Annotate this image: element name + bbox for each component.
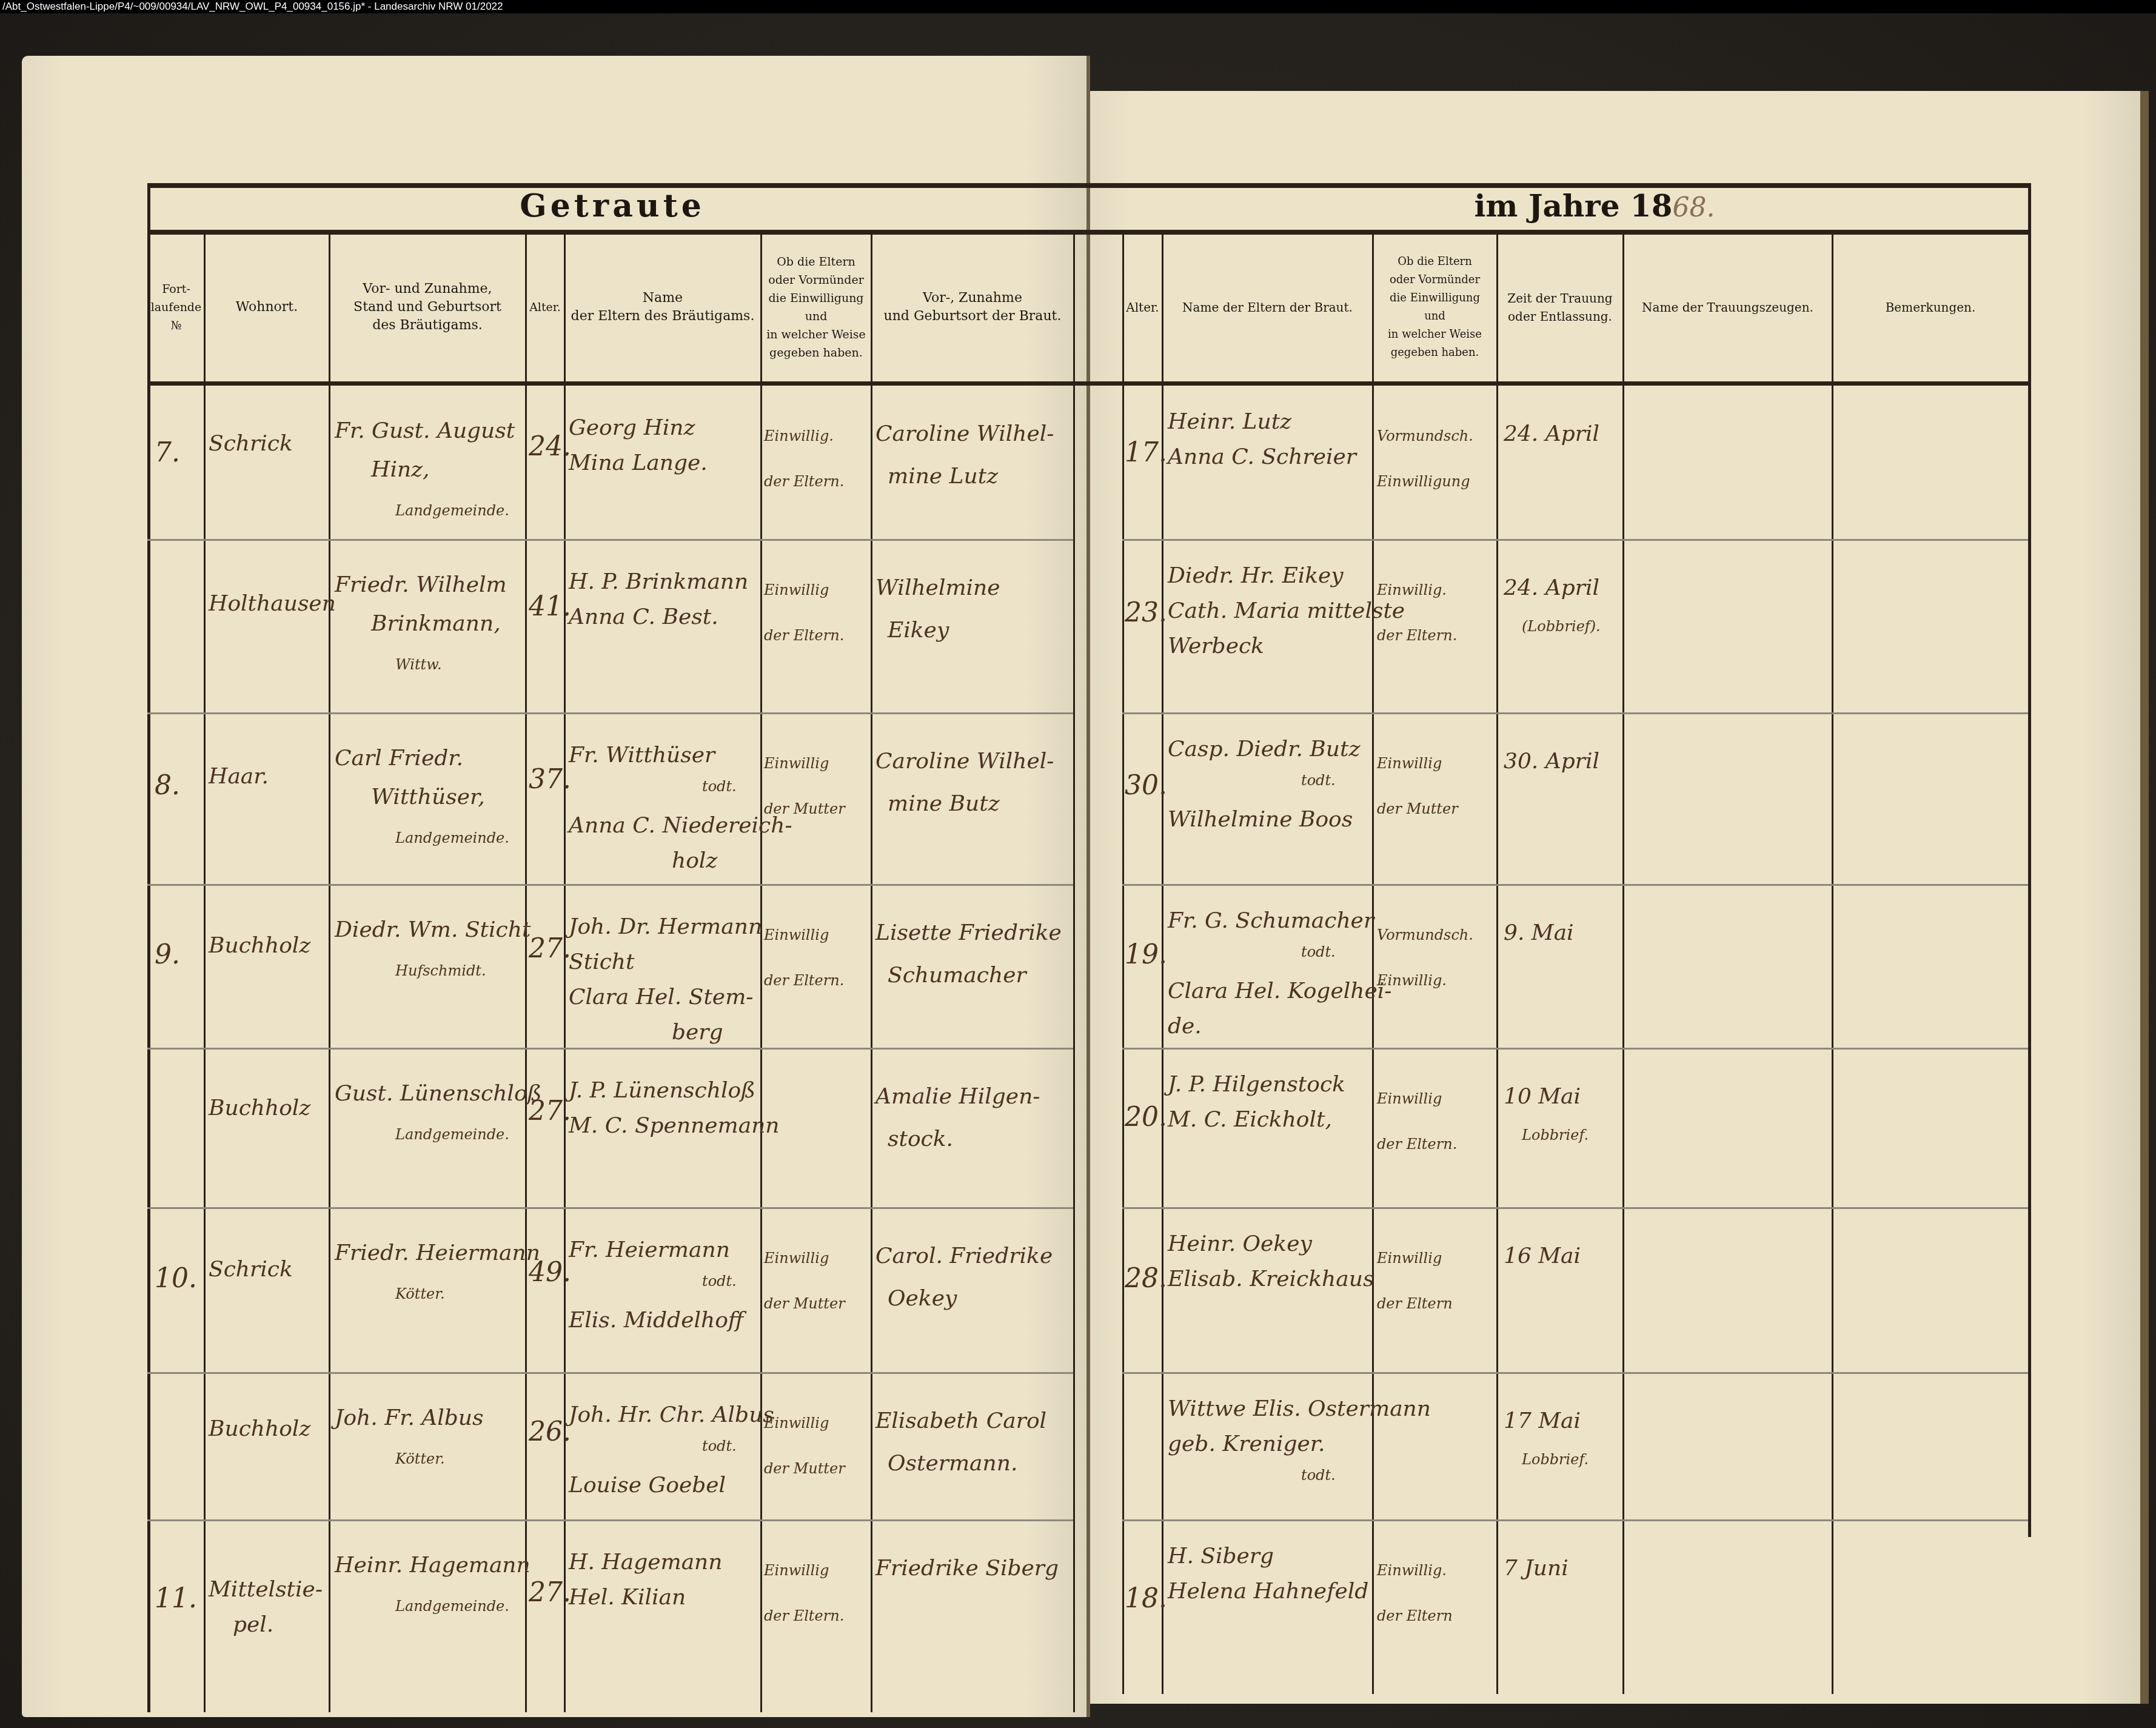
bride-parents: Wilhelmine Boos	[1168, 807, 1353, 832]
groom-status: Kötter.	[395, 1450, 445, 1467]
groom-consent: Einwillig	[764, 755, 829, 772]
wedding-date: Lobbrief.	[1522, 1127, 1589, 1144]
bride-name: Wilhelmine	[875, 575, 1000, 600]
groom-consent: Einwillig	[764, 1250, 829, 1267]
bride-parents: Werbeck	[1168, 634, 1264, 658]
bride-age: 17.	[1125, 437, 1167, 468]
wedding-date: 24. April	[1504, 575, 1599, 600]
groom-status: Kötter.	[395, 1285, 445, 1302]
groom-consent: der Mutter	[764, 800, 845, 817]
groom-parents: M. C. Spennemann	[569, 1113, 780, 1138]
bride-parents: todt.	[1301, 1467, 1336, 1484]
groom-name: Brinkmann,	[371, 611, 501, 636]
bride-consent: Einwillig.	[1377, 972, 1447, 989]
groom-parents: Elis. Middelhoff	[569, 1308, 743, 1333]
column-divider	[1073, 230, 1075, 1712]
groom-parents: Mina Lange.	[569, 450, 708, 475]
bride-name: Schumacher	[888, 963, 1026, 988]
groom-parents: holz	[672, 848, 717, 873]
header-bottom-rule	[147, 381, 2028, 386]
row-rule	[147, 1372, 1073, 1374]
bride-consent: Einwillig	[1377, 755, 1442, 772]
groom-parents: Sticht	[569, 949, 634, 974]
groom-status: Wittw.	[395, 656, 442, 673]
wedding-date: Lobbrief.	[1522, 1451, 1589, 1468]
groom-parents: H. Hagemann	[569, 1550, 722, 1575]
bride-consent: Einwillig	[1377, 1250, 1442, 1267]
groom-parents: Joh. Hr. Chr. Albus	[569, 1402, 774, 1427]
row-rule	[147, 1207, 1073, 1209]
groom-name: Friedr. Heiermann	[335, 1241, 540, 1265]
bride-consent: Einwillig.	[1377, 1562, 1447, 1579]
column-header-wohnort: Wohnort.	[206, 236, 327, 379]
column-divider	[204, 230, 206, 1712]
column-divider	[1622, 230, 1624, 1694]
header-top-rule	[147, 230, 2028, 235]
groom-consent: der Mutter	[764, 1460, 845, 1477]
column-header-bemerkungen: Bemerkungen.	[1834, 236, 2027, 379]
residence: Buchholz	[209, 1096, 310, 1120]
year-handwritten: 68.	[1672, 192, 1715, 223]
entry-number: 7.	[155, 437, 180, 468]
bride-name: Amalie Hilgen-	[875, 1084, 1040, 1109]
groom-name: Friedr. Wilhelm	[335, 572, 507, 597]
groom-consent: Einwillig	[764, 926, 829, 943]
column-divider	[1122, 230, 1124, 1694]
groom-status: Landgemeinde.	[395, 1598, 509, 1615]
wedding-date: 10 Mai	[1504, 1084, 1581, 1109]
groom-consent: der Eltern.	[764, 972, 844, 989]
register-title-left: Getraute	[515, 185, 709, 227]
groom-status: Landgemeinde.	[395, 829, 509, 846]
groom-age: 41.	[529, 591, 571, 622]
entry-number: 8.	[155, 770, 180, 801]
entry-number: 11.	[155, 1583, 197, 1614]
year-prefix: im Jahre 18	[1475, 188, 1673, 224]
residence: pel.	[233, 1612, 273, 1637]
bride-parents: H. Siberg	[1168, 1544, 1274, 1569]
groom-name: Fr. Gust. August	[335, 418, 515, 443]
entry-number: 9.	[155, 939, 180, 970]
bride-age: 20.	[1125, 1102, 1167, 1133]
residence: Schrick	[209, 431, 293, 456]
row-rule	[147, 1048, 1073, 1050]
column-header-eltern-braut: Name der Eltern der Braut.	[1164, 236, 1371, 379]
column-header-eltern-braeutigam: Nameder Eltern des Bräutigams.	[566, 236, 759, 379]
bride-consent: Vormundsch.	[1377, 926, 1473, 943]
column-divider	[1832, 230, 1833, 1694]
bride-name: Elisabeth Carol	[875, 1408, 1046, 1433]
groom-consent: Einwillig	[764, 1415, 829, 1432]
groom-age: 49.	[529, 1257, 571, 1288]
residence: Holthausen	[209, 591, 336, 616]
bride-parents: Casp. Diedr. Butz	[1168, 737, 1360, 762]
wedding-date: 17 Mai	[1504, 1408, 1581, 1433]
groom-name: Gust. Lünenschloß	[335, 1081, 542, 1106]
row-rule	[1122, 1048, 2028, 1050]
row-rule	[1122, 1207, 2028, 1209]
residence: Buchholz	[209, 933, 310, 958]
row-rule	[147, 712, 1073, 714]
table-left-border	[147, 183, 150, 1712]
groom-age: 27.	[529, 1096, 571, 1127]
wedding-date: 7 Juni	[1504, 1556, 1568, 1581]
column-divider	[525, 230, 527, 1712]
wedding-date: 24. April	[1504, 421, 1599, 446]
wedding-date: 9. Mai	[1504, 920, 1574, 945]
groom-consent: Einwillig.	[764, 427, 834, 444]
groom-parents: Clara Hel. Stem-	[569, 985, 753, 1010]
bride-parents: Heinr. Oekey	[1168, 1231, 1312, 1256]
groom-name: Heinr. Hagemann	[335, 1553, 531, 1578]
bride-parents: Heinr. Lutz	[1168, 409, 1291, 434]
window-title: /Abt_Ostwestfalen-Lippe/P4/~009/00934/LA…	[0, 0, 2156, 13]
bride-parents: Clara Hel. Kogelhei-	[1168, 979, 1391, 1003]
groom-parents: todt.	[702, 778, 737, 795]
book-gutter	[1086, 56, 1090, 1717]
bride-consent: der Eltern	[1377, 1295, 1453, 1312]
title-top-rule	[147, 183, 2028, 188]
column-divider	[1372, 230, 1374, 1694]
groom-age: 24.	[529, 431, 571, 462]
groom-parents: Hel. Kilian	[569, 1585, 686, 1610]
bride-name: mine Lutz	[888, 464, 998, 489]
bride-parents: geb. Kreniger.	[1168, 1432, 1325, 1456]
bride-age: 19.	[1125, 939, 1167, 970]
groom-parents: todt.	[702, 1273, 737, 1290]
bride-name: Lisette Friedrike	[875, 920, 1062, 945]
groom-parents: Anna C. Best.	[569, 604, 718, 629]
row-rule	[147, 539, 1073, 541]
residence: Haar.	[209, 764, 269, 789]
bride-consent: der Eltern.	[1377, 1136, 1457, 1153]
groom-name: Carl Friedr.	[335, 746, 463, 771]
groom-parents: Anna C. Niedereich-	[569, 813, 792, 838]
bride-age: 18.	[1125, 1583, 1167, 1614]
row-rule	[1122, 884, 2028, 886]
row-rule	[1122, 712, 2028, 714]
bride-name: Oekey	[888, 1286, 957, 1311]
groom-parents: Fr. Heiermann	[569, 1237, 730, 1262]
groom-status: Hufschmidt.	[395, 962, 486, 979]
bride-name: Eikey	[888, 618, 949, 643]
bride-consent: Einwillig.	[1377, 581, 1447, 598]
bride-name: stock.	[888, 1127, 953, 1151]
groom-parents: Fr. Witthüser	[569, 743, 715, 768]
groom-parents: Joh. Dr. Hermann	[569, 914, 762, 939]
column-header-zeugen: Name der Trauungszeugen.	[1625, 236, 1830, 379]
column-divider	[871, 230, 872, 1712]
row-rule	[1122, 1372, 2028, 1374]
residence: Mittelstie-	[209, 1577, 323, 1602]
bride-name: Caroline Wilhel-	[875, 749, 1054, 774]
column-header-braeutigam: Vor- und Zunahme,Stand und Geburtsortdes…	[331, 236, 524, 379]
column-header-zeit: Zeit der Trauungoder Entlassung.	[1499, 236, 1621, 379]
bride-parents: Helena Hahnefeld	[1168, 1579, 1368, 1604]
row-rule	[147, 884, 1073, 886]
bride-parents: Elisab. Kreickhaus	[1168, 1267, 1374, 1291]
groom-parents: Georg Hinz	[569, 415, 695, 440]
bride-consent: der Mutter	[1377, 800, 1458, 817]
bride-name: Carol. Friedrike	[875, 1244, 1053, 1268]
residence: Schrick	[209, 1257, 293, 1282]
bride-parents: todt.	[1301, 772, 1336, 789]
bride-consent: Einwilligung	[1377, 473, 1470, 490]
bride-name: mine Butz	[888, 791, 1000, 816]
groom-name: Joh. Fr. Albus	[335, 1405, 484, 1430]
column-divider	[329, 230, 330, 1712]
bride-parents: Fr. G. Schumacher	[1168, 908, 1374, 933]
bride-parents: M. C. Eickholt,	[1168, 1107, 1332, 1132]
groom-parents: Louise Goebel	[569, 1473, 726, 1498]
bride-name: Ostermann.	[888, 1451, 1017, 1476]
groom-consent: der Mutter	[764, 1295, 845, 1312]
bride-name: Caroline Wilhel-	[875, 421, 1054, 446]
column-header-einwilligung-braeutigam: Ob die Elternoder Vormünderdie Einwillig…	[763, 236, 869, 379]
bride-consent: der Eltern.	[1377, 627, 1457, 644]
bride-consent: Einwillig	[1377, 1090, 1442, 1107]
wedding-date: 30. April	[1504, 749, 1599, 774]
groom-status: Landgemeinde.	[395, 502, 509, 519]
bride-name: Friedrike Siberg	[875, 1556, 1059, 1581]
groom-age: 27.	[529, 1577, 571, 1608]
groom-parents: todt.	[702, 1438, 737, 1455]
bride-age: 28.	[1125, 1263, 1167, 1294]
row-rule	[147, 1519, 1073, 1521]
bride-parents: J. P. Hilgenstock	[1168, 1072, 1345, 1097]
bride-parents: Wittwe Elis. Ostermann	[1168, 1396, 1431, 1421]
column-header-nr: Fort-laufende№	[150, 236, 203, 379]
bride-parents: Diedr. Hr. Eikey	[1168, 563, 1344, 588]
groom-consent: der Eltern.	[764, 473, 844, 490]
column-divider	[760, 230, 762, 1712]
table-right-border	[2028, 183, 2031, 1537]
page-edge	[2140, 91, 2149, 1704]
groom-consent: Einwillig	[764, 581, 829, 598]
groom-name: Diedr. Wm. Sticht	[335, 917, 531, 942]
groom-consent: der Eltern.	[764, 627, 844, 644]
groom-parents: J. P. Lünenschloß	[569, 1078, 755, 1103]
column-divider	[1496, 230, 1498, 1694]
column-header-einwilligung-braut: Ob die Elternoder Vormünderdie Einwillig…	[1374, 236, 1495, 379]
bride-consent: der Eltern	[1377, 1607, 1453, 1624]
wedding-date: 16 Mai	[1504, 1244, 1581, 1268]
residence: Buchholz	[209, 1416, 310, 1441]
groom-age: 27.	[529, 933, 571, 964]
bride-consent: Vormundsch.	[1377, 427, 1473, 444]
bride-age: 30.	[1125, 770, 1167, 801]
entry-number: 10.	[155, 1263, 197, 1294]
bride-parents: Cath. Maria mittelste	[1168, 598, 1405, 623]
column-header-braut: Vor-, Zunahmeund Geburtsort der Braut.	[873, 236, 1072, 379]
register-title-right: im Jahre 1868.	[1467, 185, 1722, 227]
row-rule	[1122, 539, 2028, 541]
column-header-alter-braeutigam: Alter.	[527, 236, 563, 379]
groom-name: Witthüser,	[371, 785, 485, 809]
row-rule	[1122, 1519, 2028, 1521]
bride-parents: todt.	[1301, 943, 1336, 960]
groom-status: Landgemeinde.	[395, 1126, 509, 1143]
bride-age: 23.	[1125, 597, 1167, 628]
groom-consent: der Eltern.	[764, 1607, 844, 1624]
wedding-date: (Lobbrief).	[1522, 618, 1601, 635]
bride-parents: de.	[1168, 1014, 1202, 1039]
groom-age: 37.	[529, 764, 571, 795]
groom-consent: Einwillig	[764, 1562, 829, 1579]
column-header-alter-braut: Alter.	[1125, 236, 1160, 379]
bride-parents: Anna C. Schreier	[1168, 444, 1356, 469]
groom-name: Hinz,	[371, 457, 430, 482]
groom-age: 26.	[529, 1416, 571, 1447]
groom-parents: H. P. Brinkmann	[569, 569, 748, 594]
groom-parents: berg	[672, 1020, 723, 1045]
